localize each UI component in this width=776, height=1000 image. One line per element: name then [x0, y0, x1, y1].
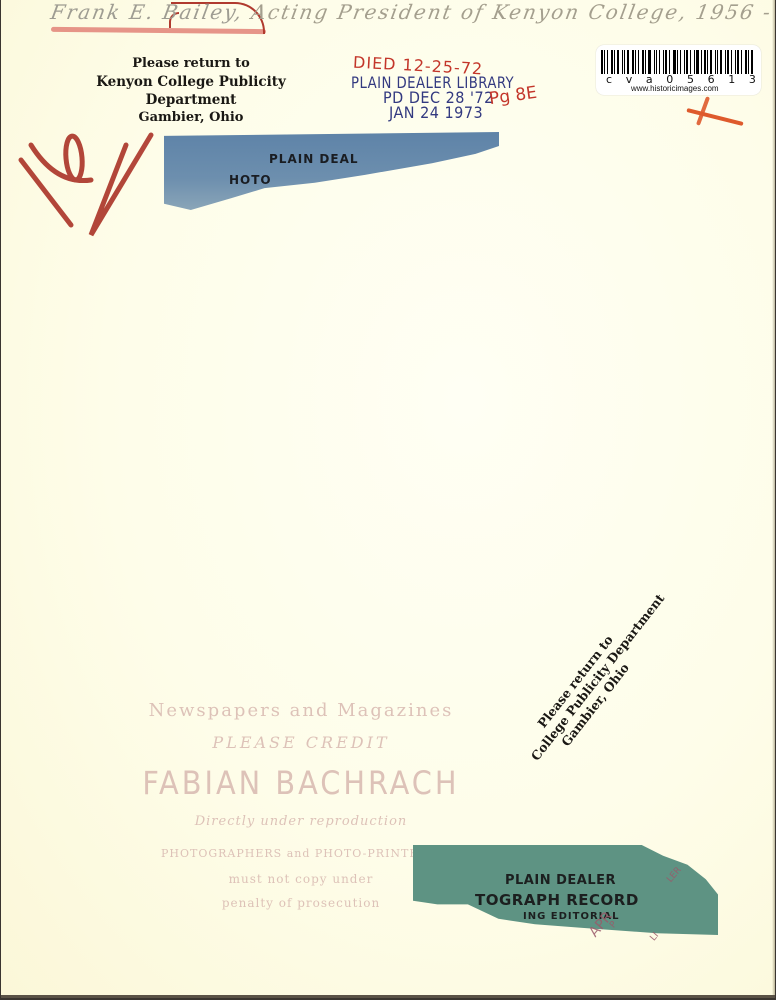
return-stamp-line1: Please return to — [56, 55, 326, 73]
crayon-mark-icon — [16, 130, 166, 250]
diagonal-return-stamp: Please return to College Publicity Depar… — [516, 540, 712, 773]
handwritten-title: Acting President of Kenyon College, 1956… — [250, 0, 775, 24]
barcode-char: 1 — [728, 73, 735, 86]
handwritten-caption: Frank E. Bailey, Acting President of Ken… — [49, 0, 774, 24]
barcode-label: cva05613 www.historicimages.com — [596, 45, 761, 95]
library-stamp-line1: PLAIN DEALER LIBRARY — [351, 75, 514, 90]
top-tape-line2: HOTO — [229, 173, 272, 187]
red-check-mark — [686, 108, 743, 126]
torn-tape-label-bottom: PLAIN DEALER TOGRAPH RECORD ING EDITORIA… — [413, 845, 718, 935]
bottom-tape-line1: PLAIN DEALER — [505, 873, 616, 888]
diag-stamp-line2: College Publicity Department — [528, 549, 700, 763]
top-tape-line1: PLAIN DEAL — [269, 152, 359, 166]
diag-stamp-line1: Please return to — [516, 540, 688, 754]
return-stamp-line2: Kenyon College Publicity Department — [56, 73, 326, 109]
diag-stamp-line3: Gambier, Ohio — [540, 559, 712, 773]
photo-back-page: Frank E. Bailey, Acting President of Ken… — [1, 0, 775, 998]
page-bottom-edge — [1, 995, 775, 998]
handwritten-name: Frank E. Bailey, — [49, 0, 246, 24]
barcode-icon — [601, 50, 756, 74]
bottom-tape-line2: TOGRAPH RECORD — [475, 891, 639, 909]
page-edge — [772, 0, 775, 998]
credit-line4: Directly under reproduction — [136, 814, 466, 829]
barcode-char: 3 — [749, 73, 756, 86]
credit-line1: Newspapers and Magazines — [136, 700, 466, 721]
torn-tape-label-top: PLAIN DEAL HOTO — [164, 132, 499, 210]
credit-line3: FABIAN BACHRACH — [136, 764, 466, 802]
return-stamp-line3: Gambier, Ohio — [56, 109, 326, 127]
barcode-url: www.historicimages.com — [631, 84, 719, 93]
barcode-char: c — [606, 73, 612, 86]
return-address-stamp: Please return to Kenyon College Publicit… — [56, 55, 326, 127]
credit-line2: PLEASE CREDIT — [136, 733, 466, 752]
